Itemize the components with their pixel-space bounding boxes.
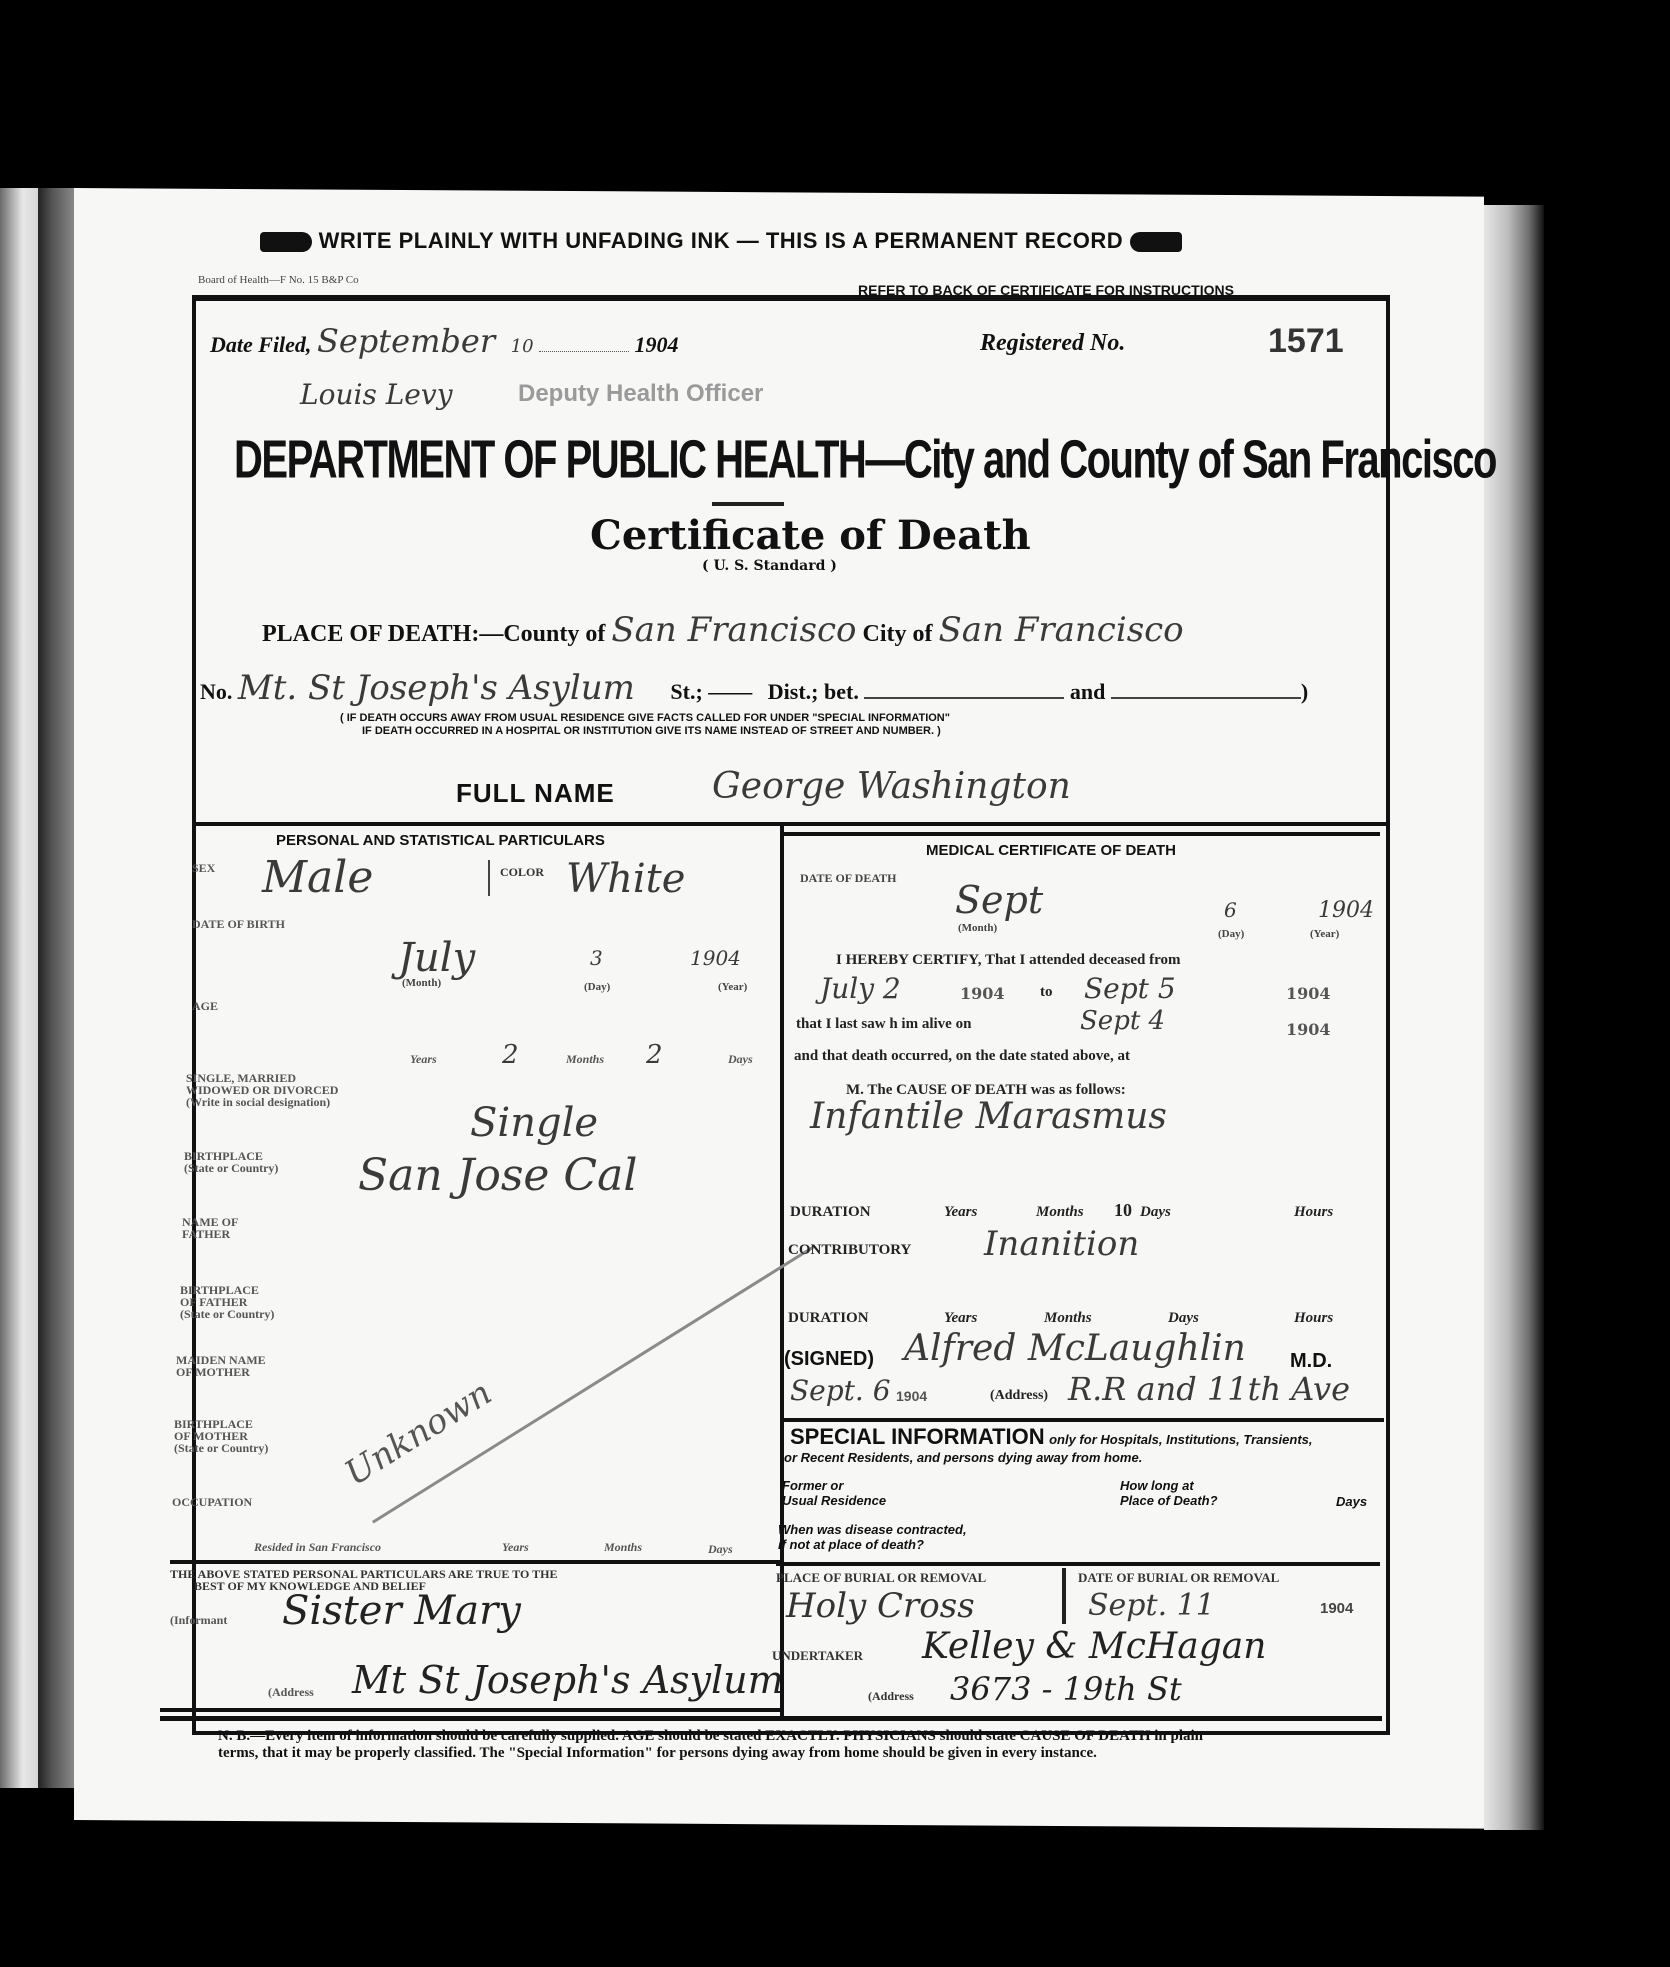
duration-months-label: Months (1036, 1204, 1084, 1221)
date-filed-year: 1904 (635, 332, 679, 357)
dob-label: DATE OF BIRTH (192, 918, 285, 930)
dod-year: 1904 (1318, 898, 1374, 923)
banner-text: WRITE PLAINLY WITH UNFADING INK — THIS I… (319, 228, 1124, 253)
occupation-label: OCCUPATION (172, 1496, 252, 1508)
sex-value: Male (262, 852, 373, 903)
age-years-label: Years (410, 1052, 437, 1067)
district-label: Dist.; bet. (768, 679, 859, 704)
age-days-label: Days (728, 1052, 753, 1067)
father-name-label: NAME OF FATHER (182, 1216, 238, 1240)
contracted-label-1: When was disease contracted, (778, 1522, 967, 1537)
pointing-hand-icon (260, 232, 312, 252)
special-info-subtitle-2: or Recent Residents, and persons dying a… (784, 1450, 1142, 1465)
field-separator (488, 860, 490, 896)
certify-text: I HEREBY CERTIFY, That I attended deceas… (836, 952, 1181, 969)
informant-address-value: Mt St Joseph's Asylum (352, 1658, 784, 1702)
department-title: DEPARTMENT OF PUBLIC HEALTH—City and Cou… (234, 430, 1496, 491)
dob-month: July (398, 935, 475, 981)
informant-divider (170, 1560, 782, 1564)
place-of-death-label: PLACE OF DEATH:—County of (262, 621, 605, 647)
dod-month-sub: (Month) (958, 922, 997, 934)
duration-days-label: Days (1140, 1204, 1171, 1221)
certificate-title: Certificate of Death (590, 512, 1031, 559)
undertaker-label: UNDERTAKER (772, 1650, 863, 1662)
dod-label: DATE OF DEATH (800, 872, 896, 884)
attended-from: July 2 (820, 972, 901, 1005)
undertaker-value: Kelley & McHagan (922, 1626, 1266, 1667)
informant-label: (Informant (170, 1614, 227, 1626)
age-months-value: 2 (502, 1040, 519, 1070)
dod-day: 6 (1224, 898, 1237, 922)
mother-birthplace-label-3: (State or Country) (174, 1442, 268, 1454)
duration2-months-label: Months (1044, 1310, 1092, 1327)
contributory-value: Inanition (984, 1224, 1139, 1264)
attended-to-year: 1904 (1286, 984, 1331, 1003)
day-sub: (Day) (584, 981, 610, 993)
and-label: and (1070, 679, 1105, 704)
duration2-hours-label: Hours (1294, 1310, 1333, 1327)
attended-to: Sept 5 (1084, 972, 1176, 1005)
last-saw-value: Sept 4 (1080, 1006, 1165, 1036)
bottom-rule (160, 1716, 1382, 1721)
book-gutter (38, 188, 74, 1788)
former-residence-label: Former or Usual Residence (782, 1478, 886, 1508)
full-name-value: George Washington (712, 766, 1071, 807)
duration2-years-label: Years (944, 1310, 977, 1327)
burial-date-label: DATE of BURIAL or REMOVAL (1078, 1572, 1279, 1584)
dod-year-sub: (Year) (1310, 928, 1339, 940)
no-label: No. (200, 679, 232, 704)
street-label: St.; —— (670, 679, 752, 704)
residence-instructions: ( IF DEATH OCCURS AWAY FROM USUAL RESIDE… (340, 712, 1240, 738)
burial-divider (776, 1562, 1380, 1566)
duration2-label: DURATION (788, 1310, 869, 1327)
special-info-subtitle-1: only for Hospitals, Institutions, Transi… (1049, 1432, 1312, 1447)
marital-value: Single (470, 1100, 598, 1146)
section-divider (192, 822, 1386, 826)
resided-years-label: Years (502, 1540, 529, 1555)
undertaker-address-value: 3673 - 19th St (950, 1670, 1182, 1708)
birthplace-label-2: (State or Country) (184, 1162, 278, 1174)
former-label-2: Usual Residence (782, 1493, 886, 1508)
no-value: Mt. St Joseph's Asylum (238, 668, 635, 708)
dob-year: 1904 (690, 946, 741, 970)
special-divider (780, 1418, 1384, 1422)
address-line: No. Mt. St Joseph's Asylum St.; —— Dist.… (200, 668, 1380, 708)
bottom-left-rule (160, 1708, 780, 1712)
instruction-line-2: IF DEATH OCCURRED IN A HOSPITAL OR INSTI… (340, 725, 1240, 738)
medical-section-title: MEDICAL CERTIFICATE OF DEATH (926, 842, 1176, 859)
month-sub: (Month) (402, 977, 441, 989)
signed-year: 1904 (896, 1388, 927, 1404)
color-label: COLOR (500, 866, 544, 878)
doctor-address-label: (Address) (990, 1388, 1048, 1404)
marital-label-3: (Write in social designation) (186, 1096, 338, 1108)
how-long-label-1: How long at (1120, 1478, 1218, 1493)
burial-field-separator (1062, 1568, 1066, 1624)
attended-from-year: 1904 (960, 984, 1005, 1003)
instruction-line-1: ( IF DEATH OCCURS AWAY FROM USUAL RESIDE… (340, 712, 1240, 725)
registered-number: 1571 (1268, 322, 1344, 361)
date-filed: Date Filed, September 10 1904 (210, 322, 679, 360)
resided-days-label: Days (708, 1542, 733, 1557)
special-info-header: SPECIAL INFORMATION only for Hospitals, … (790, 1424, 1313, 1450)
age-months-label: Months (566, 1052, 604, 1067)
certificate-subtitle: ( U. S. Standard ) (702, 558, 837, 574)
dod-day-sub: (Day) (1218, 928, 1244, 940)
signed-date: Sept. 6 (790, 1374, 891, 1407)
burial-place-label: PLACE OF BURIAL OR REMOVAL (776, 1572, 986, 1584)
birthplace-label: BIRTHPLACE (State or Country) (184, 1150, 278, 1174)
former-label-1: Former or (782, 1478, 886, 1493)
deputy-signature: Louis Levy (300, 378, 453, 411)
father-name-label-2: FATHER (182, 1228, 238, 1240)
last-saw-year: 1904 (1286, 1020, 1331, 1039)
dob-day: 3 (590, 946, 603, 970)
undertaker-address-label: (Address (868, 1690, 914, 1702)
father-birthplace-label: BIRTHPLACE OF FATHER (State or Country) (180, 1284, 274, 1320)
deputy-label: Deputy Health Officer (518, 380, 763, 408)
duration-hours-label: Hours (1294, 1204, 1333, 1221)
pointing-hand-icon (1130, 232, 1182, 252)
how-long-label-2: Place of Death? (1120, 1493, 1218, 1508)
duration-years-label: Years (944, 1204, 977, 1221)
birthplace-value: San Jose Cal (358, 1150, 637, 1201)
year-sub: (Year) (718, 981, 747, 993)
form-number: Board of Health—F No. 15 B&P Co (198, 274, 359, 286)
color-value: White (566, 856, 685, 902)
footnote: N. B.—Every item of information should b… (218, 1728, 1218, 1762)
registered-label: Registered No. (980, 330, 1125, 357)
city-label: City of (863, 621, 933, 647)
certificate-frame (192, 295, 1390, 1735)
sex-label: SEX (192, 862, 215, 874)
burial-place-value: Holy Cross (786, 1586, 975, 1626)
resided-months-label: Months (604, 1540, 642, 1555)
date-filed-month: September (317, 322, 495, 360)
duration-label: DURATION (790, 1204, 871, 1221)
last-saw-label: that I last saw h im alive on (796, 1016, 971, 1033)
mother-maiden-label: MAIDEN NAME OF MOTHER (176, 1354, 266, 1378)
informant-value: Sister Mary (282, 1588, 521, 1634)
mother-maiden-label-2: OF MOTHER (176, 1366, 266, 1378)
title-divider (712, 502, 784, 506)
cause-value: Infantile Marasmus (810, 1096, 1167, 1137)
informant-address-label: (Address (268, 1686, 314, 1698)
duration-months-value: 10 (1114, 1200, 1132, 1221)
to-label: to (1040, 984, 1053, 1001)
signed-label: (SIGNED) (784, 1348, 874, 1371)
place-of-death: PLACE OF DEATH:—County of San Francisco … (262, 610, 1184, 650)
adjacent-page-edge (0, 188, 38, 1788)
date-filed-day: 10 (511, 336, 534, 357)
doctor-address-value: R.R and 11th Ave (1068, 1370, 1350, 1408)
mother-birthplace-label: BIRTHPLACE OF MOTHER (State or Country) (174, 1418, 268, 1454)
father-birthplace-label-3: (State or Country) (180, 1308, 274, 1320)
duration2-days-label: Days (1168, 1310, 1199, 1327)
city-value: San Francisco (939, 610, 1184, 650)
resided-label: Resided in San Francisco (254, 1540, 381, 1555)
how-long-days-label: Days (1336, 1494, 1367, 1509)
burial-date-value: Sept. 11 (1088, 1588, 1215, 1623)
special-info-title: SPECIAL INFORMATION (790, 1424, 1045, 1449)
medical-divider (780, 832, 1380, 836)
signed-value: Alfred McLaughlin (904, 1328, 1246, 1369)
banner: WRITE PLAINLY WITH UNFADING INK — THIS I… (260, 228, 1182, 254)
burial-year: 1904 (1320, 1600, 1353, 1617)
date-filed-label: Date Filed, (210, 332, 311, 357)
contributory-label: CONTRIBUTORY (788, 1242, 911, 1259)
how-long-label: How long at Place of Death? (1120, 1478, 1218, 1508)
age-days-value: 2 (646, 1040, 663, 1070)
contracted-label-2: if not at place of death? (778, 1537, 967, 1552)
personal-section-title: PERSONAL AND STATISTICAL PARTICULARS (276, 832, 605, 849)
dod-month: Sept (955, 878, 1043, 922)
county-value: San Francisco (611, 610, 856, 650)
age-label: AGE (192, 1000, 218, 1012)
occurred-text: and that death occurred, on the date sta… (794, 1048, 1130, 1065)
disease-contracted-label: When was disease contracted, if not at p… (778, 1522, 967, 1552)
full-name-label: FULL NAME (456, 778, 615, 809)
marital-label: SINGLE, MARRIED WIDOWED OR DIVORCED (Wri… (186, 1072, 338, 1108)
